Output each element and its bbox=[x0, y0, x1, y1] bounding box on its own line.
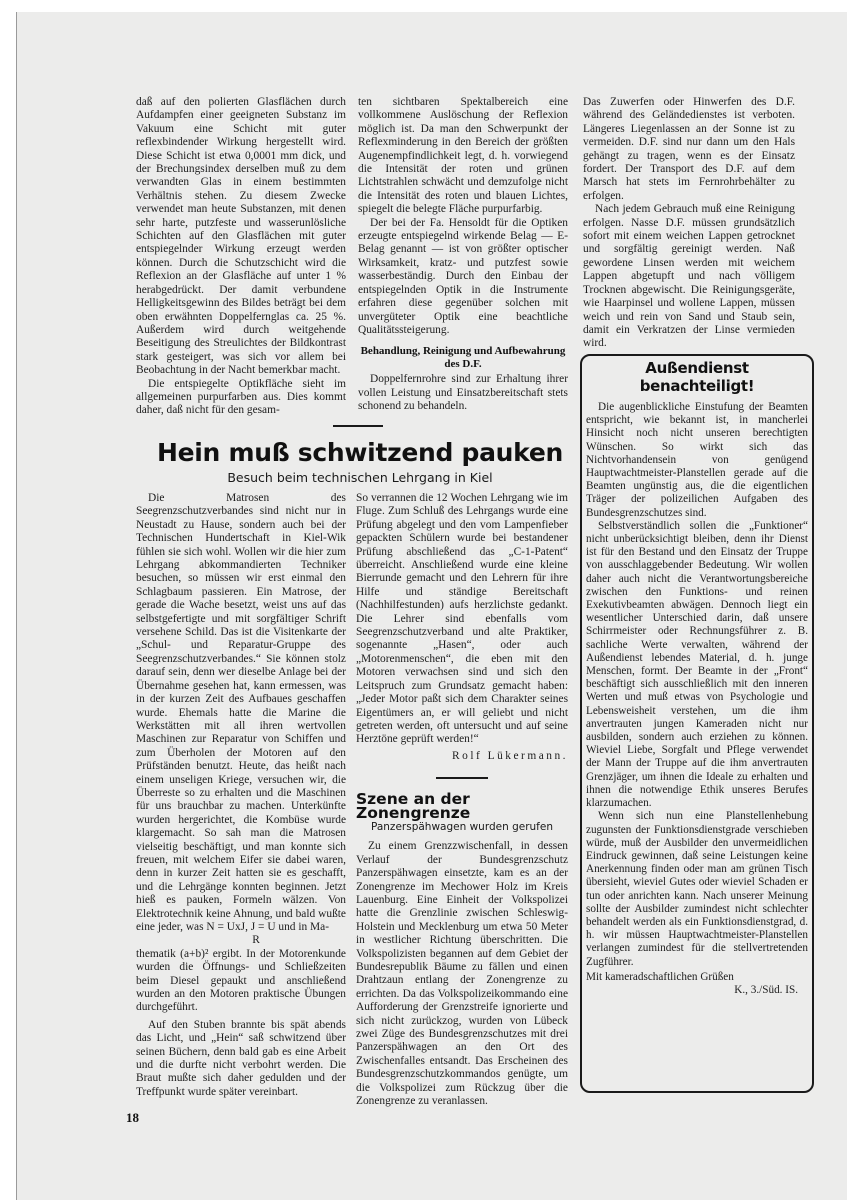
paragraph: Selbstverständlich sollen die „Funktione… bbox=[586, 520, 808, 810]
paragraph: Die Matrosen des Seegrenzschutzverbandes… bbox=[136, 492, 346, 934]
section-divider bbox=[333, 425, 383, 427]
paragraph: Auf den Stuben brannte bis spät abends d… bbox=[136, 1019, 346, 1099]
paragraph: Doppelfernrohre sind zur Erhaltung ihrer… bbox=[358, 373, 568, 413]
closing: Mit kameradschaftlichen Grüßen bbox=[586, 971, 808, 984]
article-subtitle: Panzerspähwagen wurden gerufen bbox=[356, 821, 568, 834]
page-number: 18 bbox=[126, 1110, 139, 1126]
kiel-column-2: So verrannen die 12 Wochen Lehrgang wie … bbox=[356, 492, 568, 1108]
paragraph: Wenn sich nun eine Planstellenhebung zug… bbox=[586, 810, 808, 968]
section-subheading: Behandlung, Reinigung und Aufbewahrung d… bbox=[358, 345, 568, 371]
paragraph: So verrannen die 12 Wochen Lehrgang wie … bbox=[356, 492, 568, 747]
signature: K., 3./Süd. IS. bbox=[586, 984, 798, 997]
formula-denominator: R bbox=[136, 934, 346, 947]
kiel-column-1: Die Matrosen des Seegrenzschutzverbandes… bbox=[136, 492, 346, 1099]
paragraph: Die entspiegelte Optikfläche sieht im al… bbox=[136, 378, 346, 418]
paragraph: Zu einem Grenzzwischenfall, in dessen Ve… bbox=[356, 840, 568, 1108]
letter-body: Die augenblickliche Einstufung der Beamt… bbox=[586, 401, 808, 997]
paragraph: daß auf den polierten Glasflächen durch … bbox=[136, 96, 346, 378]
paragraph: ten sichtbaren Spektalbereich eine vollk… bbox=[358, 96, 568, 217]
article-headline: Hein muß schwitzend pauken bbox=[140, 438, 580, 467]
author-byline: Rolf Lükermann. bbox=[356, 750, 568, 763]
letter-box: Außendienst benachteiligt! Die augenblic… bbox=[580, 354, 814, 1093]
paragraph: thematik (a+b)² ergibt. In der Motorenku… bbox=[136, 948, 346, 1015]
optics-column-2: ten sichtbaren Spektalbereich eine vollk… bbox=[358, 96, 568, 414]
paragraph: Die augenblickliche Einstufung der Beamt… bbox=[586, 401, 808, 520]
optics-column-1: daß auf den polierten Glasflächen durch … bbox=[136, 96, 346, 418]
paragraph: Nach jedem Gebrauch muß eine Reinigung e… bbox=[583, 203, 795, 350]
article-subtitle: Besuch beim technischen Lehrgang in Kiel bbox=[140, 470, 580, 485]
paragraph: Das Zuwerfen oder Hinwerfen des D.F. wäh… bbox=[583, 96, 795, 203]
optics-column-3: Das Zuwerfen oder Hinwerfen des D.F. wäh… bbox=[583, 96, 795, 351]
section-divider bbox=[436, 777, 488, 779]
paragraph: Der bei der Fa. Hensoldt für die Optiken… bbox=[358, 217, 568, 338]
article-headline: Szene an der Zonengrenze bbox=[356, 793, 568, 820]
box-title: Außendienst benachteiligt! bbox=[586, 359, 808, 395]
